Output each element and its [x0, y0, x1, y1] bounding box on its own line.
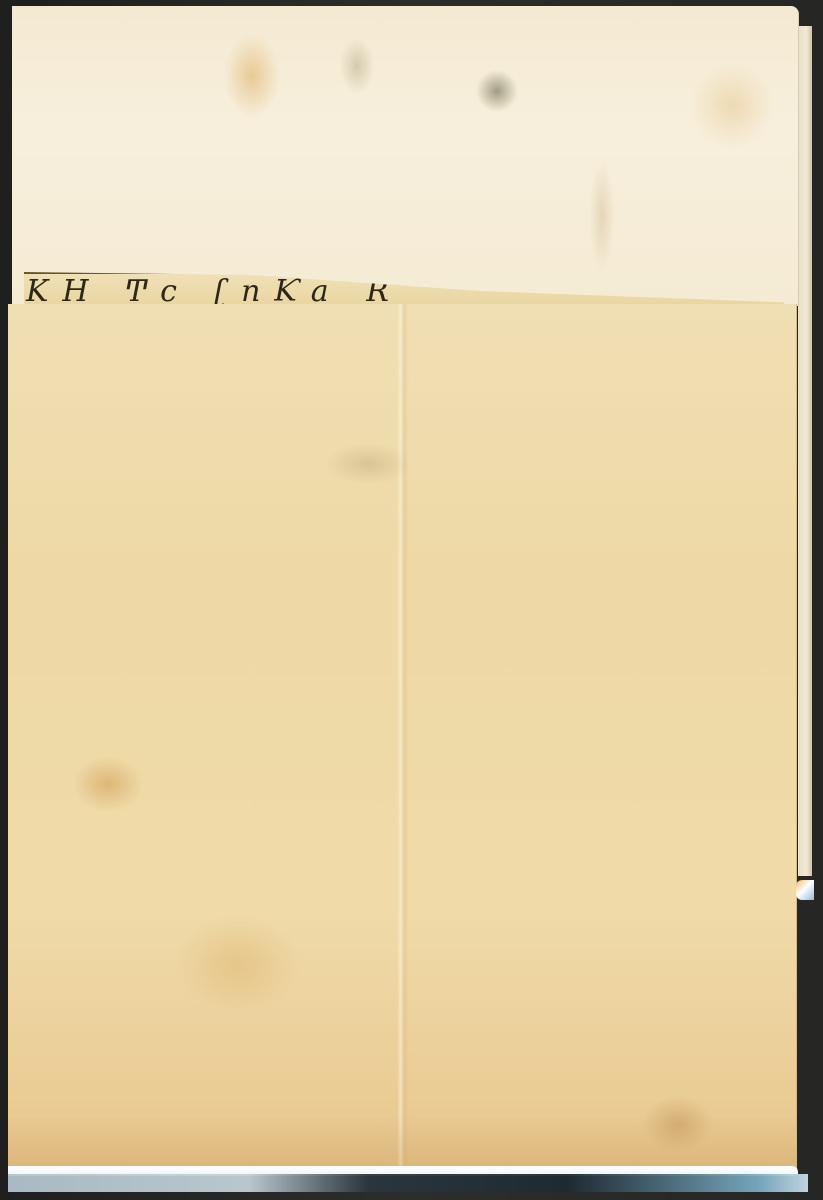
bottom-light-reflection — [8, 1166, 798, 1174]
back-sheet-edge — [798, 26, 812, 876]
back-paper-sheet — [12, 6, 799, 306]
front-paper-sheet — [8, 304, 797, 1176]
bottom-scanner-glare — [8, 1174, 808, 1192]
right-edge-light-reflection — [796, 880, 814, 900]
